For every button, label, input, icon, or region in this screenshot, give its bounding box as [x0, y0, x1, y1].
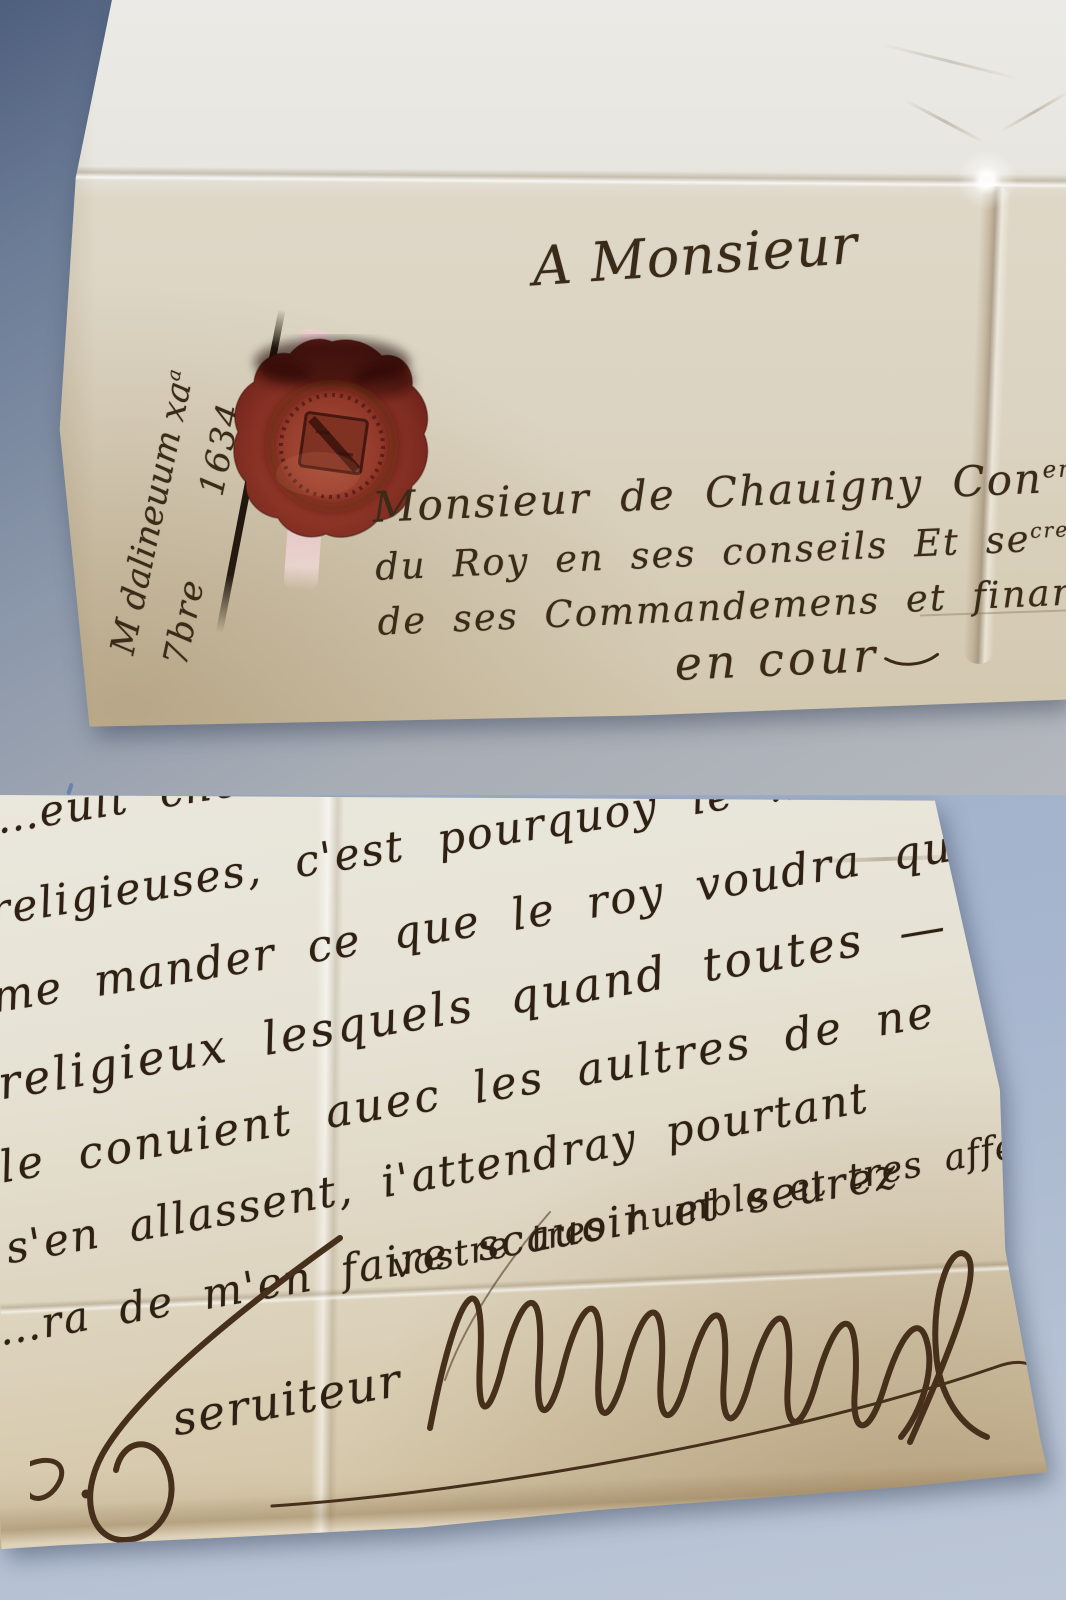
docket-month: 7bre [156, 575, 213, 669]
crease-ray [882, 43, 1019, 80]
seal-highlight [276, 452, 360, 496]
address-line-4-text: en cour [674, 628, 881, 691]
top-photo: M dalineuum xaa 7bre 1634 A Monsieur [0, 0, 1066, 795]
address-heading-text: A Monsieur [530, 213, 860, 299]
letter-front-paper: M dalineuum xaa 7bre 1634 A Monsieur [0, 0, 1066, 795]
photo-collage: M dalineuum xaa 7bre 1634 A Monsieur [0, 0, 1066, 1600]
address-heading: A Monsieur [530, 213, 860, 299]
crease-ray [1000, 90, 1066, 133]
letter-body: …eult ches nos … religieuses, c'est pour… [0, 795, 1066, 1600]
letter-front: M dalineuum xaa 7bre 1634 A Monsieur [0, 0, 1066, 795]
address-line-2-superscript: cre [1030, 517, 1066, 543]
flourish-stroke [883, 650, 940, 670]
fold-crease-horizontal [0, 165, 1066, 188]
bottom-photo: …eult ches nos … religieuses, c'est pour… [0, 795, 1066, 1600]
crease-pucker [952, 148, 1022, 212]
address-block: Monsieur de Chauigny Coner du Roy en ses… [372, 453, 1061, 703]
address-line-1-superscript: er [1042, 456, 1066, 483]
crease-ray [905, 99, 986, 144]
signature-flourish-icon [30, 1210, 1060, 1600]
letter-body-paper: …eult ches nos … religieuses, c'est pour… [0, 795, 1066, 1600]
